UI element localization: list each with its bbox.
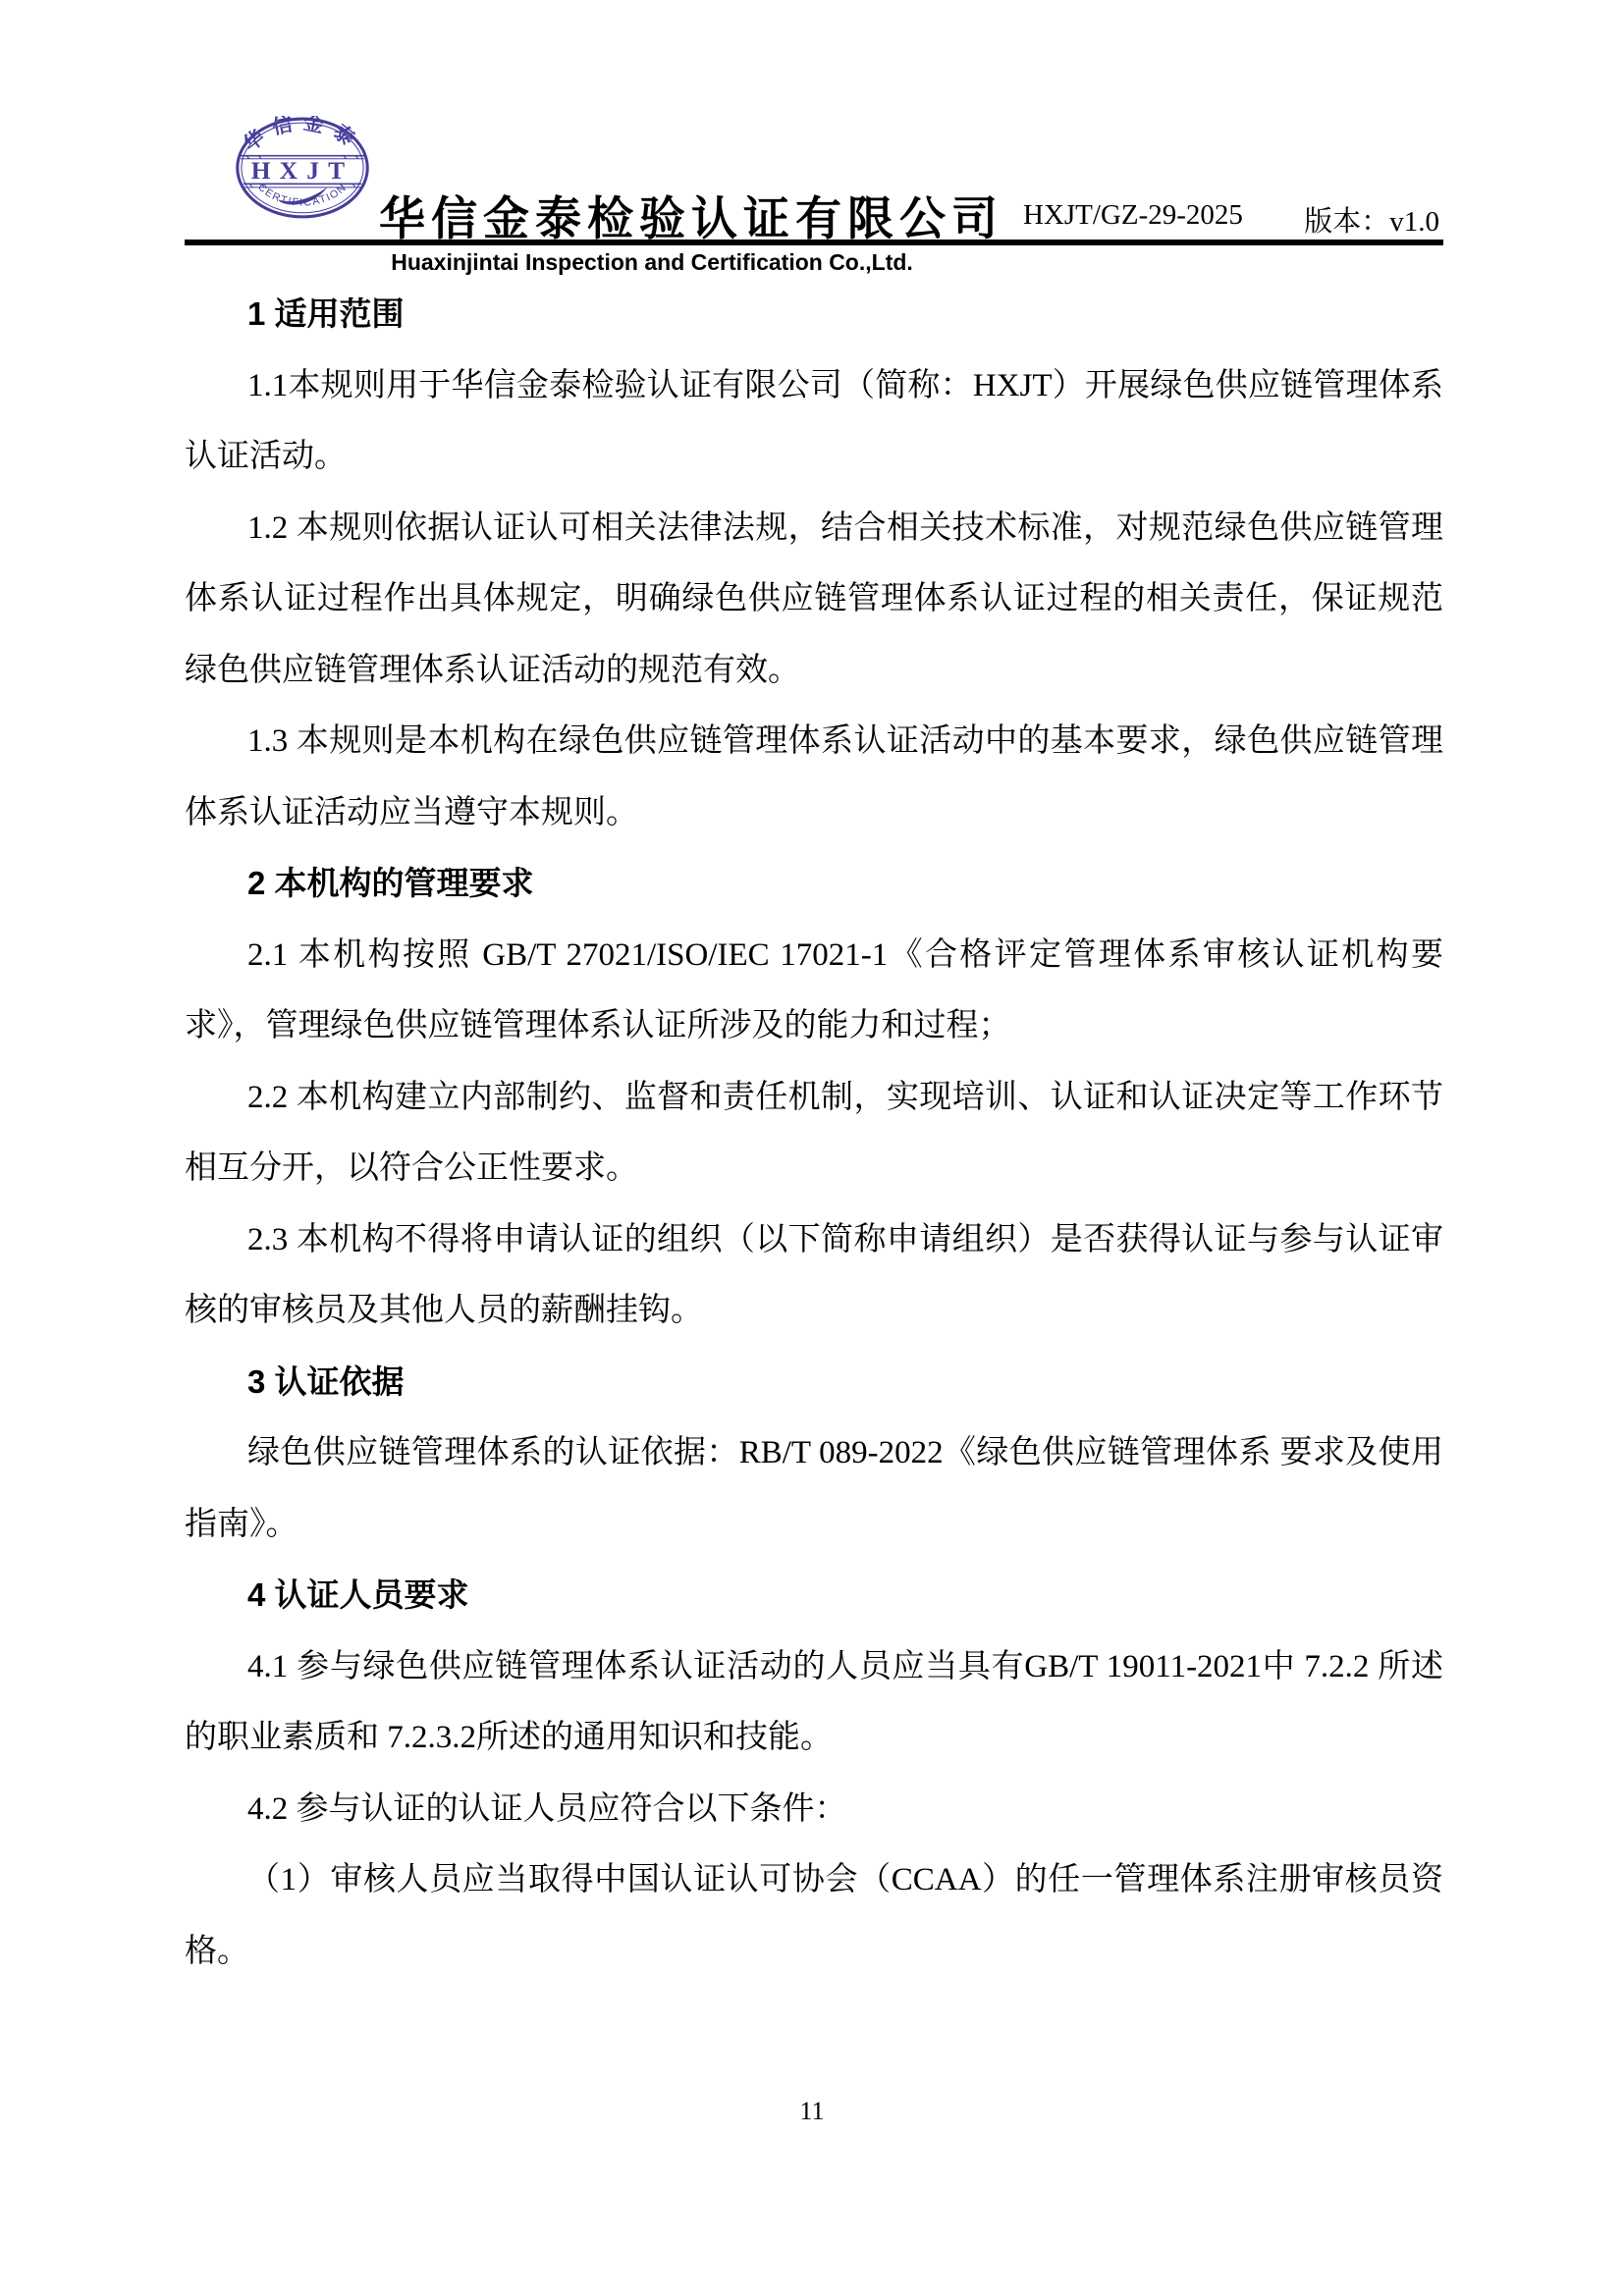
logo-arc-bottom-text: CERTIFICATION (255, 182, 349, 209)
section-heading: 3 认证依据 (185, 1347, 1443, 1418)
paragraph: 2.3 本机构不得将申请认证的组织（以下简称申请组织）是否获得认证与参与认证审核… (185, 1204, 1443, 1347)
paragraph: 1.3 本规则是本机构在绿色供应链管理体系认证活动中的基本要求，绿色供应链管理体… (185, 706, 1443, 848)
logo-arc-top-text: 华信金泰 (239, 116, 366, 156)
company-name-cn: 华信金泰检验认证有限公司 (379, 183, 1027, 248)
paragraph: 4.1 参与绿色供应链管理体系认证活动的人员应当具有GB/T 19011-202… (185, 1631, 1443, 1774)
paragraph: （1）审核人员应当取得中国认证认可协会（CCAA）的任一管理体系注册审核员资格。 (185, 1844, 1443, 1987)
section-heading: 4 认证人员要求 (185, 1560, 1443, 1631)
document-page: 华信金泰 HXJT CERTIFICATION 华信金泰检验认证有限公司 HXJ… (0, 0, 1624, 2296)
paragraph: 绿色供应链管理体系的认证依据：RB/T 089-2022《绿色供应链管理体系 要… (185, 1417, 1443, 1560)
company-name-en: Huaxinjintai Inspection and Certificatio… (381, 249, 923, 276)
section-heading: 1 适用范围 (185, 279, 1443, 350)
document-body: 1 适用范围1.1本规则用于华信金泰检验认证有限公司（简称：HXJT）开展绿色供… (185, 279, 1443, 1987)
section-heading: 2 本机构的管理要求 (185, 848, 1443, 920)
logo-monogram: HXJT (251, 156, 354, 185)
document-codes: HXJT/GZ-29-2025 版本：v1.0 (1023, 199, 1439, 240)
page-number: 11 (0, 2097, 1624, 2126)
paragraph: 2.1 本机构按照 GB/T 27021/ISO/IEC 17021-1《合格评… (185, 920, 1443, 1062)
paragraph: 4.2 参与认证的认证人员应符合以下条件： (185, 1774, 1443, 1845)
company-logo: 华信金泰 HXJT CERTIFICATION (234, 116, 371, 224)
version-label: 版本：v1.0 (1304, 199, 1439, 240)
document-code: HXJT/GZ-29-2025 (1023, 199, 1243, 240)
paragraph: 2.2 本机构建立内部制约、监督和责任机制，实现培训、认证和认证决定等工作环节相… (185, 1062, 1443, 1204)
header-divider (185, 240, 1443, 245)
paragraph: 1.1本规则用于华信金泰检验认证有限公司（简称：HXJT）开展绿色供应链管理体系… (185, 350, 1443, 493)
paragraph: 1.2 本规则依据认证认可相关法律法规，结合相关技术标准，对规范绿色供应链管理体… (185, 493, 1443, 707)
